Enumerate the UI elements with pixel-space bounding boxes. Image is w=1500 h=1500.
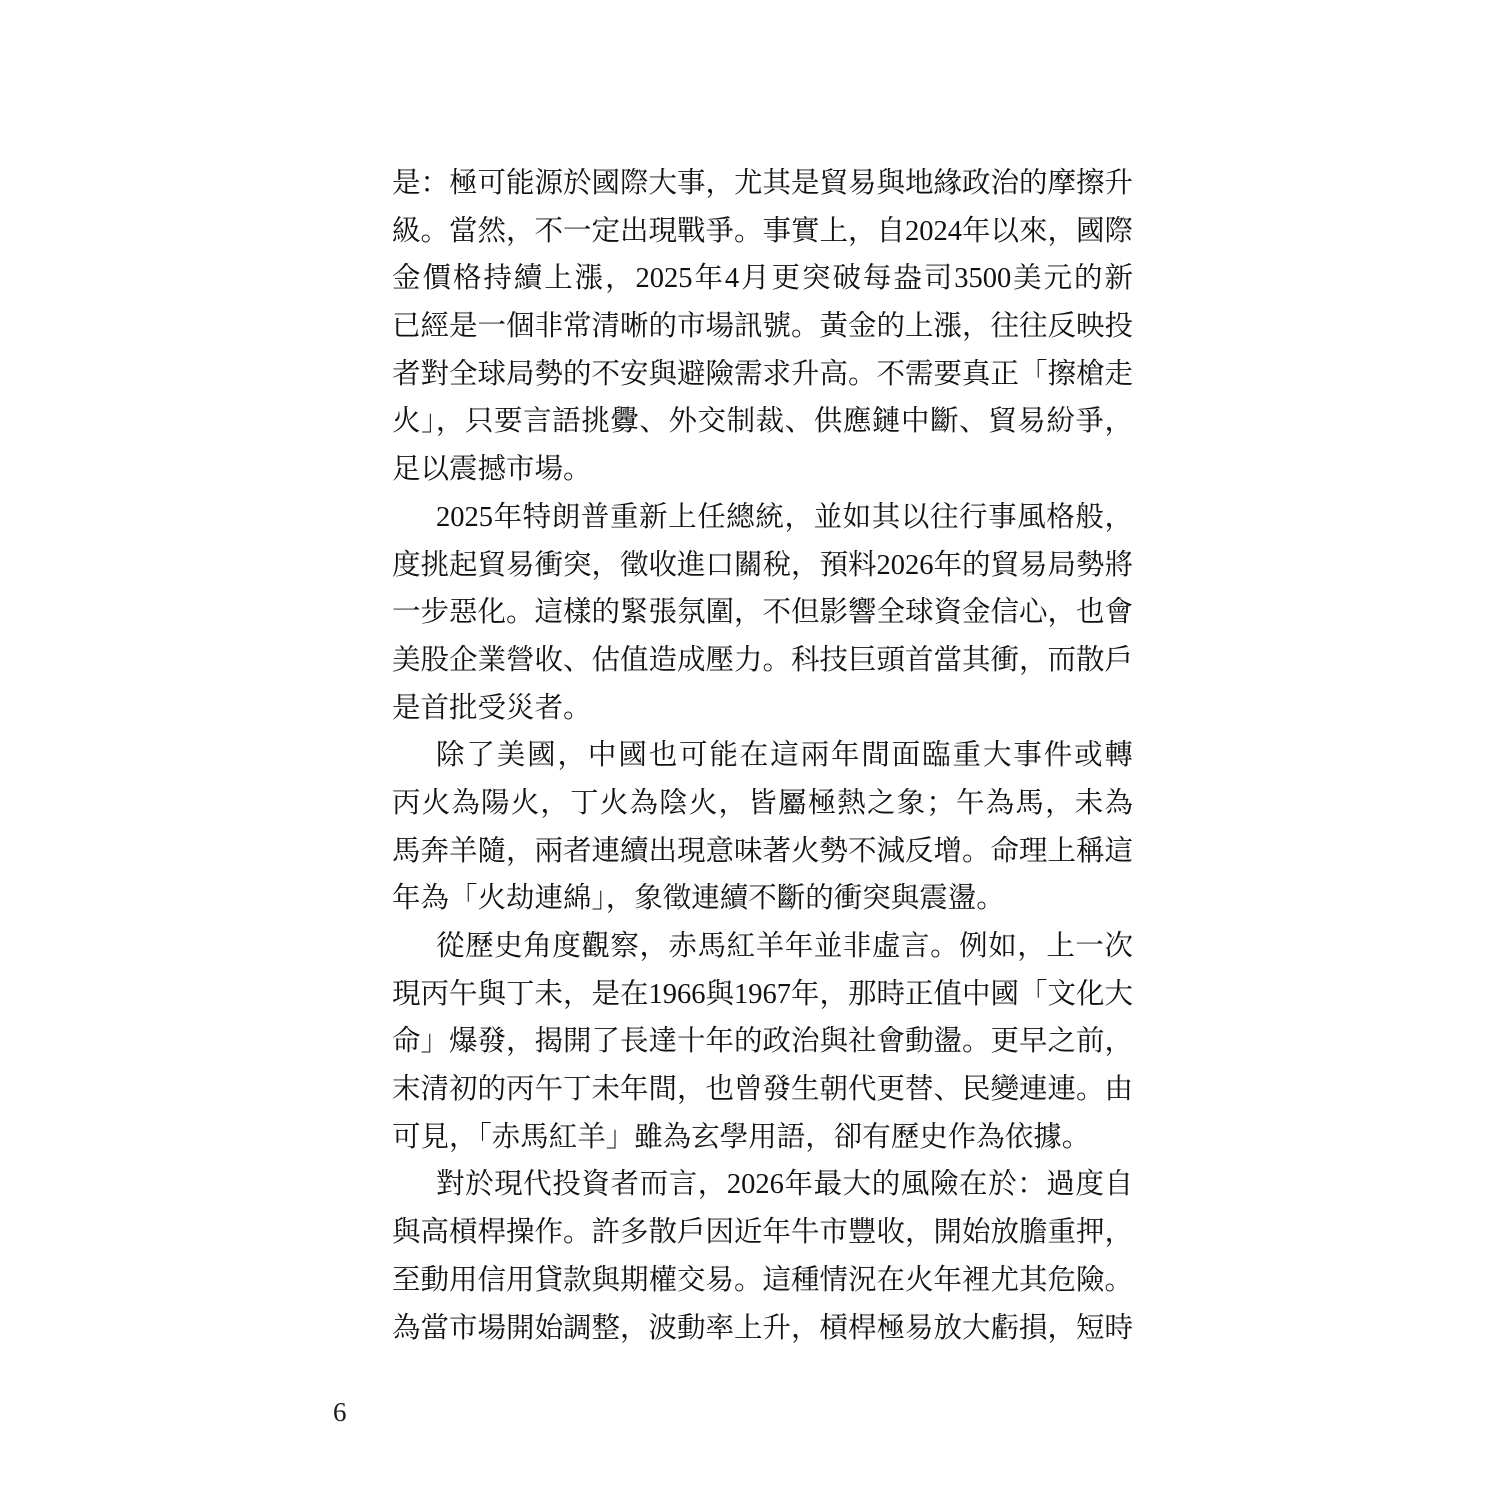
text-line: 馬奔羊隨，兩者連續出現意味著火勢不減反增。命理上稱這兩	[392, 828, 1133, 876]
text-line: 至動用信用貸款與期權交易。這種情況在火年裡尤其危險。因	[392, 1257, 1133, 1305]
text-line: 從歷史角度觀察，赤馬紅羊年並非虛言。例如，上一次出	[392, 923, 1133, 971]
text-line: 是：極可能源於國際大事，尤其是貿易與地緣政治的摩擦升	[392, 160, 1133, 208]
text-line: 級。當然，不一定出現戰爭。事實上，自2024年以來，國際黃	[392, 208, 1133, 256]
text-line: 年為「火劫連綿」，象徵連續不斷的衝突與震盪。	[392, 875, 1133, 923]
text-line: 是首批受災者。	[392, 685, 1133, 733]
text-line: 度挑起貿易衝突，徵收進口關稅，預料2026年的貿易局勢將進	[392, 542, 1133, 590]
text-line: 火」，只要言語挑釁、外交制裁、供應鏈中斷、貿易紛爭，已	[392, 398, 1133, 446]
text-line: 美股企業營收、估值造成壓力。科技巨頭首當其衝，而散戶更	[392, 637, 1133, 685]
text-line: 者對全球局勢的不安與避險需求升高。不需要真正「擦槍走	[392, 351, 1133, 399]
text-line: 金價格持續上漲，2025年4月更突破每盎司3500美元的新高。這	[392, 255, 1133, 303]
text-line: 已經是一個非常清晰的市場訊號。黃金的上漲，往往反映投資	[392, 303, 1133, 351]
text-line: 一步惡化。這樣的緊張氛圍，不但影響全球資金信心，也會對	[392, 589, 1133, 637]
page-number: 6	[333, 1396, 347, 1428]
book-page: 是：極可能源於國際大事，尤其是貿易與地緣政治的摩擦升級。當然，不一定出現戰爭。事…	[0, 0, 1500, 1500]
text-line: 命」爆發，揭開了長達十年的政治與社會動盪。更早之前，明	[392, 1018, 1133, 1066]
text-line: 現丙午與丁未，是在1966與1967年，那時正值中國「文化大革	[392, 971, 1133, 1019]
text-line: 2025年特朗普重新上任總統，並如其以往行事風格般，再	[392, 494, 1133, 542]
text-line: 丙火為陽火，丁火為陰火，皆屬極熱之象；午為馬，未為羊，	[392, 780, 1133, 828]
page-text-block: 是：極可能源於國際大事，尤其是貿易與地緣政治的摩擦升級。當然，不一定出現戰爭。事…	[392, 160, 1133, 1352]
text-line: 足以震撼市場。	[392, 446, 1133, 494]
text-line: 與高槓桿操作。許多散戶因近年牛市豐收，開始放膽重押，甚	[392, 1209, 1133, 1257]
text-line: 除了美國，中國也可能在這兩年間面臨重大事件或轉折。	[392, 732, 1133, 780]
text-line: 為當市場開始調整，波動率上升，槓桿極易放大虧損，短時間	[392, 1305, 1133, 1353]
text-line: 可見，「赤馬紅羊」雖為玄學用語，卻有歷史作為依據。	[392, 1114, 1133, 1162]
text-line: 對於現代投資者而言，2026年最大的風險在於：過度自信	[392, 1161, 1133, 1209]
text-line: 末清初的丙午丁未年間，也曾發生朝代更替、民變連連。由此	[392, 1066, 1133, 1114]
